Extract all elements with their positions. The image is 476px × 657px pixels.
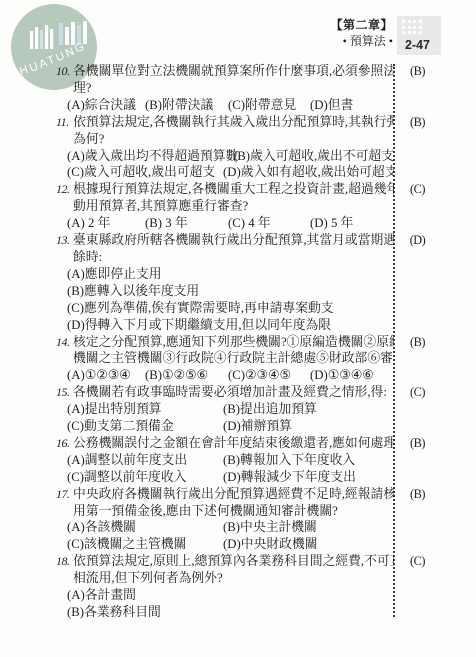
- question-stem-line: 中央政府各機關執行歲出分配預算遇經費不足時,經報請核定支: [73, 486, 394, 503]
- option: (A) 2 年: [67, 215, 145, 232]
- option-row: (C)動支第二預備金(D)補辦預算: [67, 418, 394, 435]
- option: (D)但書: [310, 97, 394, 114]
- answer-badge: (B): [394, 114, 441, 131]
- option: (C)應列為準備,俟有實際需要時,再申請專案動支: [67, 300, 394, 317]
- page-number-box: 2-47: [397, 16, 441, 55]
- question-row: 12. 根據現行預算法規定,各機關重大工程之投資計畫,超過幾年未動用預算者,其預…: [56, 181, 448, 232]
- header: 【第二章】 • 預算法 •: [330, 17, 393, 49]
- option: (B)應轉入以後年度支用: [67, 283, 394, 300]
- dot: [413, 31, 416, 34]
- question-body: 15. 各機關若有政事臨時需要必須增加計畫及經費之情形,得:(A)提出特別預算(…: [56, 384, 394, 435]
- dot: [402, 26, 405, 29]
- option-row: (C)應列為準備,俟有實際需要時,再申請專案動支: [67, 300, 394, 317]
- option-row: (A)①②③④(B)①②⑤⑥(C)②③④⑤(D)①③④⑥: [67, 367, 394, 384]
- option-row: (A)綜合決議(B)附帶決議(C)附帶意見(D)但書: [67, 97, 394, 114]
- option: (A)應即停止支用: [67, 266, 394, 283]
- question-stem-line: 用第一預備金後,應由下述何機關通知審計機關?: [73, 503, 394, 520]
- option: (C)動支第二預備金: [67, 418, 223, 435]
- option-row: (C)調整以前年度收入(D)轉報減少下年度支出: [67, 469, 394, 486]
- answer-badge: (B): [394, 334, 441, 351]
- question-number: 17.: [56, 486, 72, 503]
- option: (B)①②⑤⑥: [145, 367, 228, 384]
- question-number: 11.: [56, 114, 72, 131]
- question-number: 15.: [56, 384, 72, 401]
- question-number: 12.: [56, 181, 72, 198]
- option-row: (A)各該機關(B)中央主計機關: [67, 519, 394, 536]
- option: (A)綜合決議: [67, 97, 145, 114]
- option: (B)提出追加預算: [223, 401, 394, 418]
- option-row: (A)應即停止支用: [67, 266, 394, 283]
- section-title: • 預算法 •: [330, 33, 393, 49]
- option-row: (A)歲入歲出均不得超過預算數(B)歲入可超收,歲出不可超支: [67, 148, 394, 165]
- question-stem-line: 餘時:: [73, 249, 394, 266]
- dot: [402, 31, 405, 34]
- option: (B)轉報加入下年度收入: [223, 452, 394, 469]
- option: (A)各該機關: [67, 519, 223, 536]
- question-row: 18. 依預算法規定,原則上,總預算內各業務科目間之經費,不可互相流用,但下列何…: [56, 553, 448, 621]
- option: (A)①②③④: [67, 367, 145, 384]
- question-stem-line: 依預算法規定,各機關執行其歲入歲出分配預算時,其執行彈性: [73, 114, 394, 131]
- option: (B)中央主計機關: [223, 519, 394, 536]
- option-row: (A)調整以前年度支出(B)轉報加入下年度收入: [67, 452, 394, 469]
- question-stem-line: 核定之分配預算,應通知下列那些機關?①原編造機關②原編造: [73, 334, 394, 351]
- option: (D)得轉入下月或下期繼續支用,但以同年度為限: [67, 317, 394, 334]
- question-stem-line: 根據現行預算法規定,各機關重大工程之投資計畫,超過幾年未: [73, 181, 394, 198]
- option: (C)附帶意見: [228, 97, 310, 114]
- dot: [419, 20, 422, 23]
- question-stem-line: 為何?: [73, 131, 394, 148]
- option: (D)補辦預算: [223, 418, 394, 435]
- chapter-title: 【第二章】: [330, 17, 393, 33]
- option-row: (C)歲入可超收,歲出可超支(D)歲入如有超收,歲出始可超支: [67, 164, 394, 181]
- question-number: 10.: [56, 63, 72, 80]
- option: (A)歲入歲出均不得超過預算數: [67, 148, 233, 165]
- dot: [402, 20, 405, 23]
- option: (C)②③④⑤: [228, 367, 310, 384]
- dot: [408, 26, 411, 29]
- question-stem-line: 機關之主管機關③行政院④行政院主計總處⑤財政部⑥審計部: [73, 350, 394, 367]
- option: (D)轉報減少下年度支出: [223, 469, 394, 486]
- option: (B)各業務科目間: [67, 604, 394, 621]
- question-stem-line: 各機關若有政事臨時需要必須增加計畫及經費之情形,得:: [73, 384, 394, 401]
- option: (D)①③④⑥: [310, 367, 394, 384]
- question-stem-line: 各機關單位對立法機關就預算案所作什麼事項,必須參照法令辦: [73, 63, 394, 80]
- question-row: 17. 中央政府各機關執行歲出分配預算遇經費不足時,經報請核定支用第一預備金後,…: [56, 486, 448, 554]
- question-number: 14.: [56, 334, 72, 351]
- question-stem-line: 依預算法規定,原則上,總預算內各業務科目間之經費,不可互: [73, 553, 394, 570]
- question-list: 10. 各機關單位對立法機關就預算案所作什麼事項,必須參照法令辦理?(A)綜合決…: [56, 63, 448, 621]
- question-body: 16. 公務機關誤付之金額在會計年度結束後繳還者,應如何處理?(A)調整以前年度…: [56, 435, 394, 486]
- answer-badge: (C): [394, 384, 441, 401]
- option: (B)附帶決議: [145, 97, 228, 114]
- option: (D)中央財政機關: [223, 536, 394, 553]
- question-number: 18.: [56, 553, 72, 570]
- option-row: (A)各計畫間: [67, 587, 394, 604]
- question-body: 14. 核定之分配預算,應通知下列那些機關?①原編造機關②原編造機關之主管機關③…: [56, 334, 394, 385]
- question-row: 11. 依預算法規定,各機關執行其歲入歲出分配預算時,其執行彈性為何?(A)歲入…: [56, 114, 448, 182]
- question-row: 16. 公務機關誤付之金額在會計年度結束後繳還者,應如何處理?(A)調整以前年度…: [56, 435, 448, 486]
- option-row: (A) 2 年(B) 3 年(C) 4 年(D) 5 年: [67, 215, 394, 232]
- question-row: 13. 臺東縣政府所轄各機關執行歲出分配預算,其當月或當期遇有賸餘時:(A)應即…: [56, 232, 448, 333]
- question-stem-line: 理?: [73, 80, 394, 97]
- question-row: 15. 各機關若有政事臨時需要必須增加計畫及經費之情形,得:(A)提出特別預算(…: [56, 384, 448, 435]
- option: (C) 4 年: [228, 215, 310, 232]
- option: (A)提出特別預算: [67, 401, 223, 418]
- option: (D)歲入如有超收,歲出始可超支: [223, 164, 394, 181]
- dot: [408, 20, 411, 23]
- dot-grid-icon: [402, 20, 422, 34]
- dot: [408, 31, 411, 34]
- answer-badge: (D): [394, 232, 441, 249]
- answer-badge: (B): [394, 435, 441, 452]
- page-number: 2-47: [397, 38, 438, 52]
- question-stem-line: 動用預算者,其預算應重行審查?: [73, 198, 394, 215]
- dot: [419, 26, 422, 29]
- question-number: 16.: [56, 435, 72, 452]
- option-row: (B)各業務科目間: [67, 604, 394, 621]
- question-body: 12. 根據現行預算法規定,各機關重大工程之投資計畫,超過幾年未動用預算者,其預…: [56, 181, 394, 232]
- question-number: 13.: [56, 232, 72, 249]
- question-stem-line: 相流用,但下列何者為例外?: [73, 570, 394, 587]
- answer-badge: (B): [394, 486, 441, 503]
- dot: [413, 20, 416, 23]
- question-body: 10. 各機關單位對立法機關就預算案所作什麼事項,必須參照法令辦理?(A)綜合決…: [56, 63, 394, 114]
- option-row: (C)該機關之主管機關(D)中央財政機關: [67, 536, 394, 553]
- option: (C)調整以前年度收入: [67, 469, 223, 486]
- question-row: 14. 核定之分配預算,應通知下列那些機關?①原編造機關②原編造機關之主管機關③…: [56, 334, 448, 385]
- option-row: (B)應轉入以後年度支用: [67, 283, 394, 300]
- option: (A)調整以前年度支出: [67, 452, 223, 469]
- dot: [419, 31, 422, 34]
- dot: [413, 26, 416, 29]
- option: (B)歲入可超收,歲出不可超支: [233, 148, 394, 165]
- option: (D) 5 年: [310, 215, 394, 232]
- question-stem-line: 公務機關誤付之金額在會計年度結束後繳還者,應如何處理?: [73, 435, 394, 452]
- option: (C)歲入可超收,歲出可超支: [67, 164, 223, 181]
- option: (B) 3 年: [145, 215, 228, 232]
- option: (C)該機關之主管機關: [67, 536, 223, 553]
- option-row: (A)提出特別預算(B)提出追加預算: [67, 401, 394, 418]
- answer-badge: (C): [394, 181, 441, 198]
- answer-badge: (B): [394, 63, 441, 80]
- question-body: 11. 依預算法規定,各機關執行其歲入歲出分配預算時,其執行彈性為何?(A)歲入…: [56, 114, 394, 182]
- option-row: (D)得轉入下月或下期繼續支用,但以同年度為限: [67, 317, 394, 334]
- textbook-page: HUATUNG 【第二章】 • 預算法 • 2-47 10. 各機關單位對立法機…: [0, 0, 476, 657]
- question-stem-line: 臺東縣政府所轄各機關執行歲出分配預算,其當月或當期遇有賸: [73, 232, 394, 249]
- answer-badge: (C): [394, 553, 441, 570]
- question-body: 17. 中央政府各機關執行歲出分配預算遇經費不足時,經報請核定支用第一預備金後,…: [56, 486, 394, 554]
- question-body: 18. 依預算法規定,原則上,總預算內各業務科目間之經費,不可互相流用,但下列何…: [56, 553, 394, 621]
- question-body: 13. 臺東縣政府所轄各機關執行歲出分配預算,其當月或當期遇有賸餘時:(A)應即…: [56, 232, 394, 333]
- option: (A)各計畫間: [67, 587, 394, 604]
- question-row: 10. 各機關單位對立法機關就預算案所作什麼事項,必須參照法令辦理?(A)綜合決…: [56, 63, 448, 114]
